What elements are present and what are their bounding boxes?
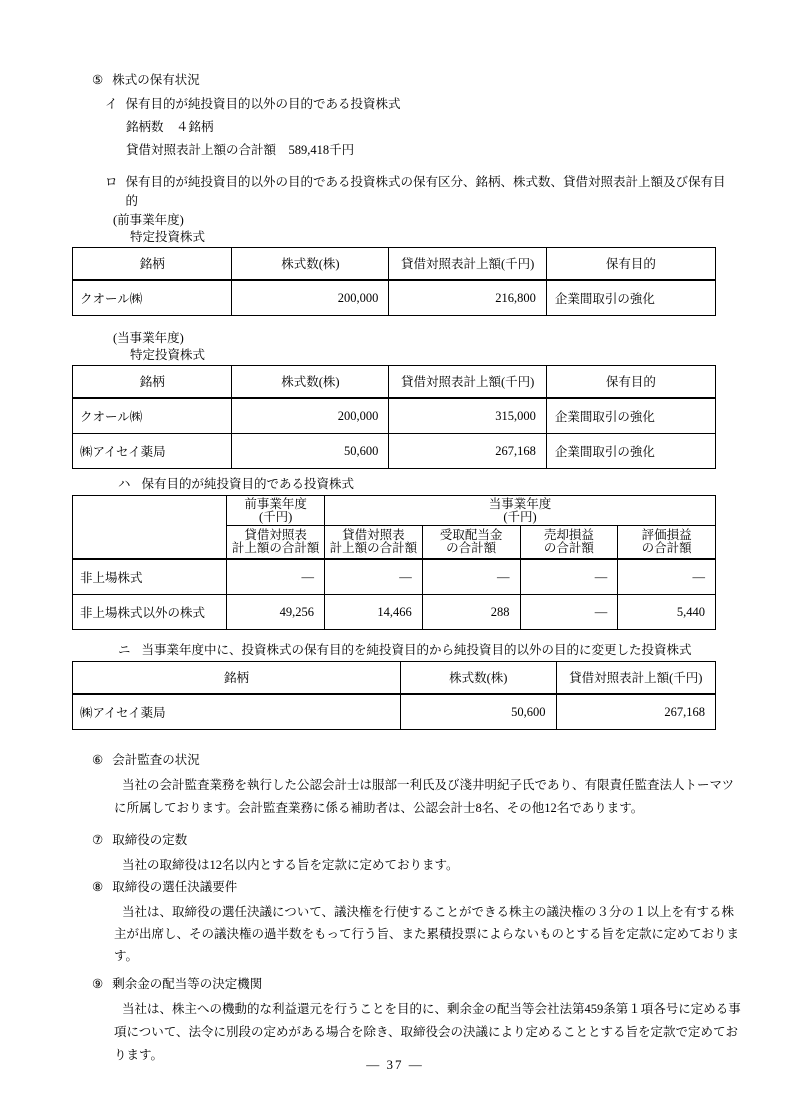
subheader-bs-total: 貸借対照表 計上額の合計額 — [325, 526, 423, 560]
circled-number-9: ⑨ — [92, 976, 103, 992]
cell-value: ― — [227, 559, 325, 595]
group-prev-year: 前事業年度 (千円) — [227, 496, 325, 526]
prev-year-table-label: 特定投資株式 — [130, 229, 716, 245]
document-page: ⑤ 株式の保有状況 イ 保有目的が純投資目的以外の目的である投資株式 銘柄数 ４… — [0, 0, 790, 1118]
item-ha-heading: ハ 保有目的が純投資目的である投資株式 — [118, 476, 716, 492]
table-specified-stock-current: 銘柄 株式数(株) 貸借対照表計上額(千円) 保有目的 クオール㈱ 200,00… — [72, 365, 716, 469]
item-ha-marker: ハ — [118, 476, 131, 492]
cell-purpose: 企業間取引の強化 — [546, 434, 715, 469]
table-header-row: 銘柄 株式数(株) 貸借対照表計上額(千円) 保有目的 — [73, 248, 716, 281]
section-directors-body: 当社の取締役は12名以内とする旨を定款に定めております。 — [114, 854, 716, 877]
cell-shares: 50,600 — [232, 434, 389, 469]
page-content: ⑤ 株式の保有状況 イ 保有目的が純投資目的以外の目的である投資株式 銘柄数 ４… — [72, 72, 716, 1067]
prev-year-label: (前事業年度) — [113, 212, 716, 228]
circled-number-8: ⑧ — [92, 879, 103, 895]
header-shares: 株式数(株) — [232, 366, 389, 399]
cell-purpose: 企業間取引の強化 — [546, 398, 715, 434]
section-dividend-title: 剰余金の配当等の決定機関 — [112, 976, 262, 992]
section-directors-heading: ⑦ 取締役の定数 — [92, 832, 716, 848]
row-label: 非上場株式 — [73, 559, 227, 595]
cell-value: 14,466 — [325, 595, 423, 630]
group-current-year: 当事業年度 (千円) — [325, 496, 716, 526]
section-stock-title: 株式の保有状況 — [112, 72, 200, 88]
cell-value: 288 — [422, 595, 520, 630]
subheader-bs-total-prev: 貸借対照表 計上額の合計額 — [227, 526, 325, 560]
table-row: ㈱アイセイ薬局 50,600 267,168 — [73, 694, 716, 730]
section-election-body: 当社は、取締役の選任決議について、議決権を行使することができる株主の議決権の３分… — [114, 901, 716, 967]
table-pure-investment-stock: 前事業年度 (千円) 当事業年度 (千円) 貸借対照表 計上額の合計額 貸借対照… — [72, 495, 716, 630]
cell-brand: クオール㈱ — [73, 280, 232, 316]
cell-brand: ㈱アイセイ薬局 — [73, 694, 401, 730]
cell-shares: 200,000 — [232, 280, 389, 316]
cell-value: ― — [520, 559, 618, 595]
table-row: 非上場株式 ― ― ― ― ― — [73, 559, 716, 595]
table-row: ㈱アイセイ薬局 50,600 267,168 企業間取引の強化 — [73, 434, 716, 469]
header-bs-amount: 貸借対照表計上額(千円) — [389, 366, 547, 399]
item-i-marker: イ — [105, 96, 118, 112]
row-label: 非上場株式以外の株式 — [73, 595, 227, 630]
corner-cell — [73, 496, 227, 560]
subheader-valuation-gains: 評価損益 の合計額 — [618, 526, 716, 560]
current-year-table-label: 特定投資株式 — [130, 347, 716, 363]
section-dividend-heading: ⑨ 剰余金の配当等の決定機関 — [92, 976, 716, 992]
cell-bs-amount: 267,168 — [556, 694, 715, 730]
table-group-header-row: 前事業年度 (千円) 当事業年度 (千円) — [73, 496, 716, 526]
header-purpose: 保有目的 — [546, 248, 715, 281]
cell-value: ― — [618, 559, 716, 595]
header-brand: 銘柄 — [73, 662, 401, 695]
header-bs-amount: 貸借対照表計上額(千円) — [556, 662, 715, 695]
cell-bs-amount: 216,800 — [389, 280, 547, 316]
cell-brand: クオール㈱ — [73, 398, 232, 434]
header-purpose: 保有目的 — [546, 366, 715, 399]
circled-number-5: ⑤ — [92, 72, 103, 88]
stock-count-line: 銘柄数 ４銘柄 — [126, 119, 716, 135]
cell-shares: 200,000 — [232, 398, 389, 434]
item-ro-text: 保有目的が純投資目的以外の目的である投資株式の保有区分、銘柄、株式数、貸借対照表… — [126, 173, 726, 211]
section-election-heading: ⑧ 取締役の選任決議要件 — [92, 879, 716, 895]
subheader-sale-gains: 売却損益 の合計額 — [520, 526, 618, 560]
cell-value: ― — [325, 559, 423, 595]
section-audit-heading: ⑥ 会計監査の状況 — [92, 752, 716, 768]
table-row: クオール㈱ 200,000 216,800 企業間取引の強化 — [73, 280, 716, 316]
circled-number-7: ⑦ — [92, 832, 103, 848]
item-ro-heading: ロ 保有目的が純投資目的以外の目的である投資株式の保有区分、銘柄、株式数、貸借対… — [105, 173, 716, 211]
cell-value: ― — [520, 595, 618, 630]
item-ro-marker: ロ — [105, 173, 118, 211]
section-stock-heading: ⑤ 株式の保有状況 — [92, 72, 716, 88]
cell-value: 49,256 — [227, 595, 325, 630]
circled-number-6: ⑥ — [92, 752, 103, 768]
stock-total-line: 貸借対照表計上額の合計額 589,418千円 — [126, 142, 716, 158]
header-bs-amount: 貸借対照表計上額(千円) — [389, 248, 547, 281]
cell-bs-amount: 315,000 — [389, 398, 547, 434]
section-election-title: 取締役の選任決議要件 — [112, 879, 237, 895]
item-i-heading: イ 保有目的が純投資目的以外の目的である投資株式 — [105, 96, 716, 112]
cell-bs-amount: 267,168 — [389, 434, 547, 469]
subheader-dividends: 受取配当金 の合計額 — [422, 526, 520, 560]
item-ha-title: 保有目的が純投資目的である投資株式 — [142, 476, 355, 492]
cell-brand: ㈱アイセイ薬局 — [73, 434, 232, 469]
table-header-row: 銘柄 株式数(株) 貸借対照表計上額(千円) — [73, 662, 716, 695]
table-changed-purpose-stock: 銘柄 株式数(株) 貸借対照表計上額(千円) ㈱アイセイ薬局 50,600 26… — [72, 661, 716, 730]
table-row: 非上場株式以外の株式 49,256 14,466 288 ― 5,440 — [73, 595, 716, 630]
item-ni-marker: ニ — [118, 642, 131, 658]
cell-value: ― — [422, 559, 520, 595]
item-ni-title: 当事業年度中に、投資株式の保有目的を純投資目的から純投資目的以外の目的に変更した… — [142, 642, 692, 658]
header-shares: 株式数(株) — [400, 662, 556, 695]
header-brand: 銘柄 — [73, 248, 232, 281]
cell-value: 5,440 — [618, 595, 716, 630]
header-shares: 株式数(株) — [232, 248, 389, 281]
table-specified-stock-prev: 銘柄 株式数(株) 貸借対照表計上額(千円) 保有目的 クオール㈱ 200,00… — [72, 247, 716, 316]
header-brand: 銘柄 — [73, 366, 232, 399]
cell-shares: 50,600 — [400, 694, 556, 730]
section-audit-body: 当社の会計監査業務を執行した公認会計士は服部一利氏及び淺井明紀子氏であり、有限責… — [114, 774, 716, 820]
cell-purpose: 企業間取引の強化 — [546, 280, 715, 316]
section-directors-title: 取締役の定数 — [112, 832, 187, 848]
table-header-row: 銘柄 株式数(株) 貸借対照表計上額(千円) 保有目的 — [73, 366, 716, 399]
item-ni-heading: ニ 当事業年度中に、投資株式の保有目的を純投資目的から純投資目的以外の目的に変更… — [118, 642, 716, 658]
table-row: クオール㈱ 200,000 315,000 企業間取引の強化 — [73, 398, 716, 434]
item-i-title: 保有目的が純投資目的以外の目的である投資株式 — [126, 96, 401, 112]
section-audit-title: 会計監査の状況 — [112, 752, 200, 768]
page-number: ― 37 ― — [0, 1057, 790, 1073]
current-year-label: (当事業年度) — [113, 330, 716, 346]
